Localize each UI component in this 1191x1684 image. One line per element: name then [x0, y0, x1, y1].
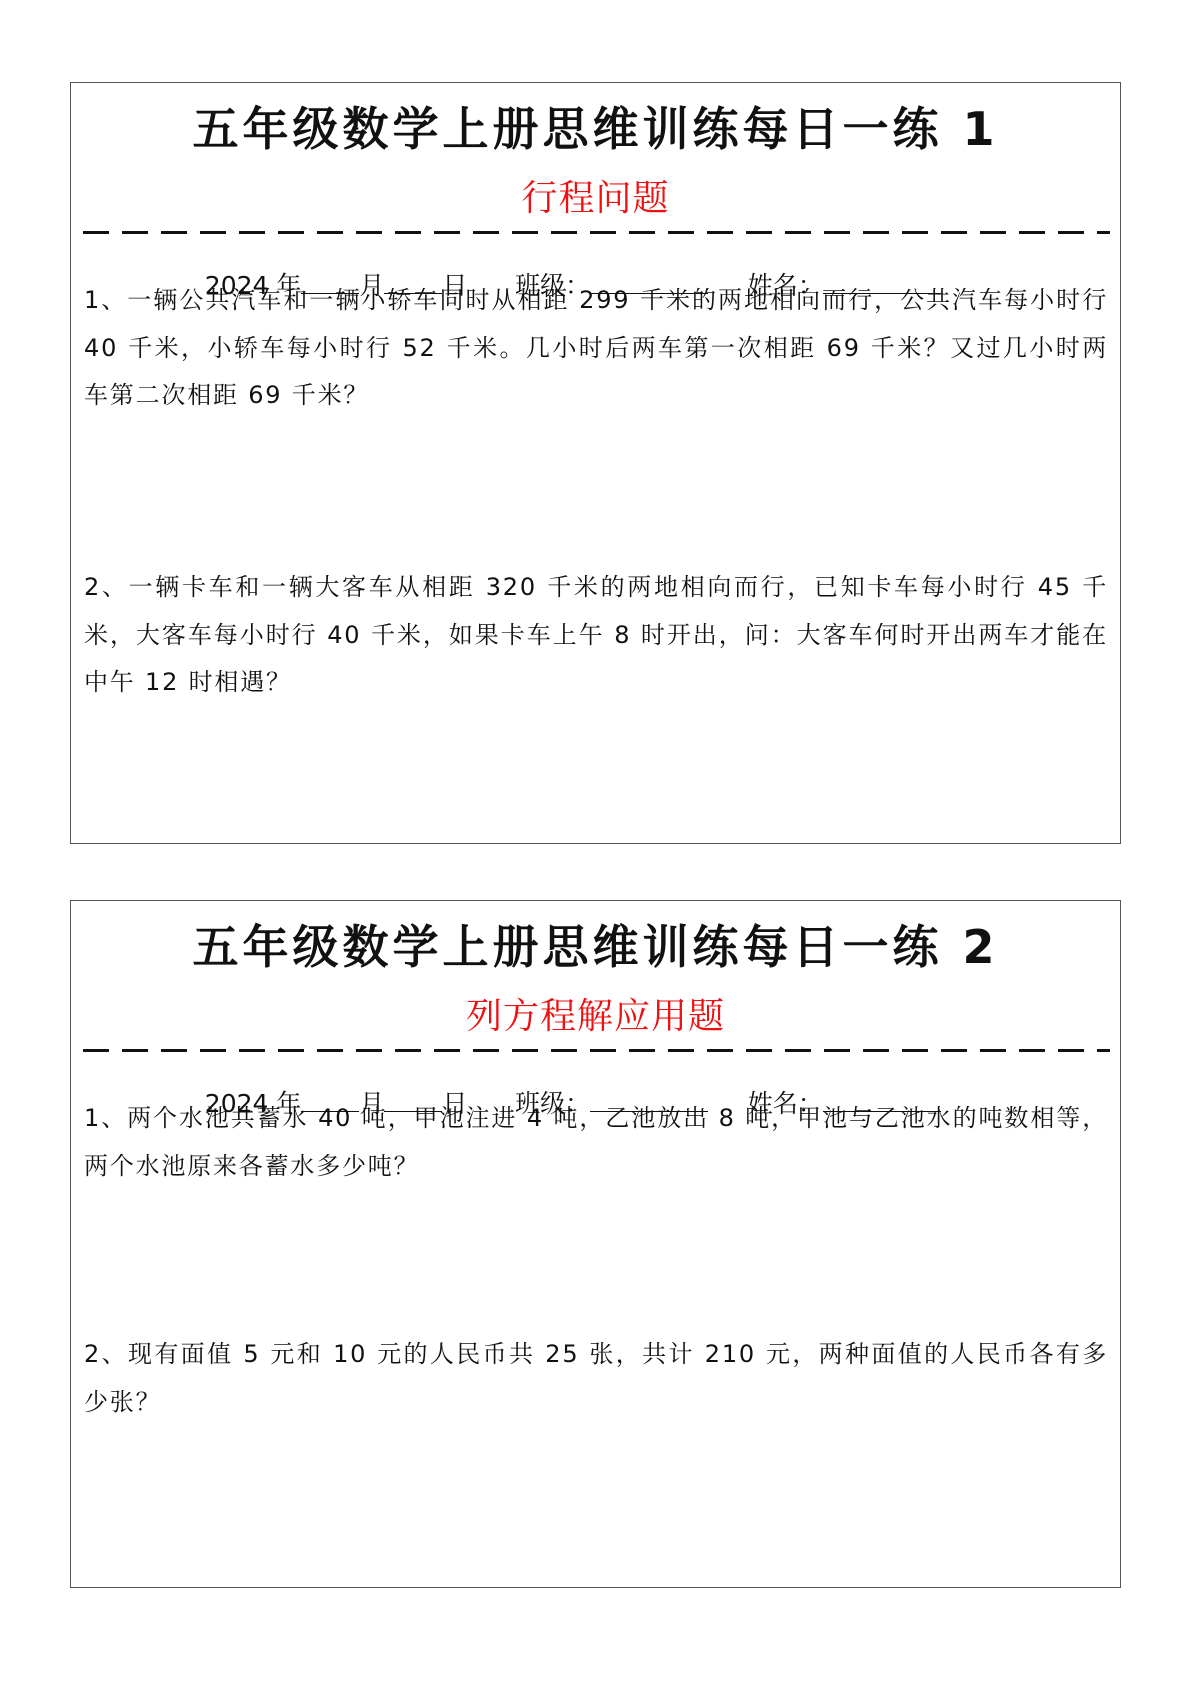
worksheet-title: 五年级数学上册思维训练每日一练 2	[71, 924, 1120, 970]
dashed-divider	[83, 1049, 1110, 1052]
question-1: 1、两个水池共蓄水 40 吨，甲池注进 4 吨，乙池放出 8 吨，甲池与乙池水的…	[84, 1095, 1108, 1190]
question-2: 2、现有面值 5 元和 10 元的人民币共 25 张，共计 210 元，两种面值…	[84, 1331, 1108, 1426]
worksheet-title: 五年级数学上册思维训练每日一练 1	[71, 106, 1120, 152]
worksheet-card-2: 五年级数学上册思维训练每日一练 2 列方程解应用题 2024 年月日 班级： 姓…	[70, 900, 1121, 1588]
worksheet-card-1: 五年级数学上册思维训练每日一练 1 行程问题 2024 年月日 班级： 姓名： …	[70, 82, 1121, 844]
question-1: 1、一辆公共汽车和一辆小轿车同时从相距 299 千米的两地相向而行，公共汽车每小…	[84, 277, 1108, 420]
worksheet-subtitle: 列方程解应用题	[71, 999, 1120, 1035]
dashed-divider	[83, 231, 1110, 234]
question-2: 2、一辆卡车和一辆大客车从相距 320 千米的两地相向而行，已知卡车每小时行 4…	[84, 564, 1108, 707]
worksheet-subtitle: 行程问题	[71, 181, 1120, 217]
